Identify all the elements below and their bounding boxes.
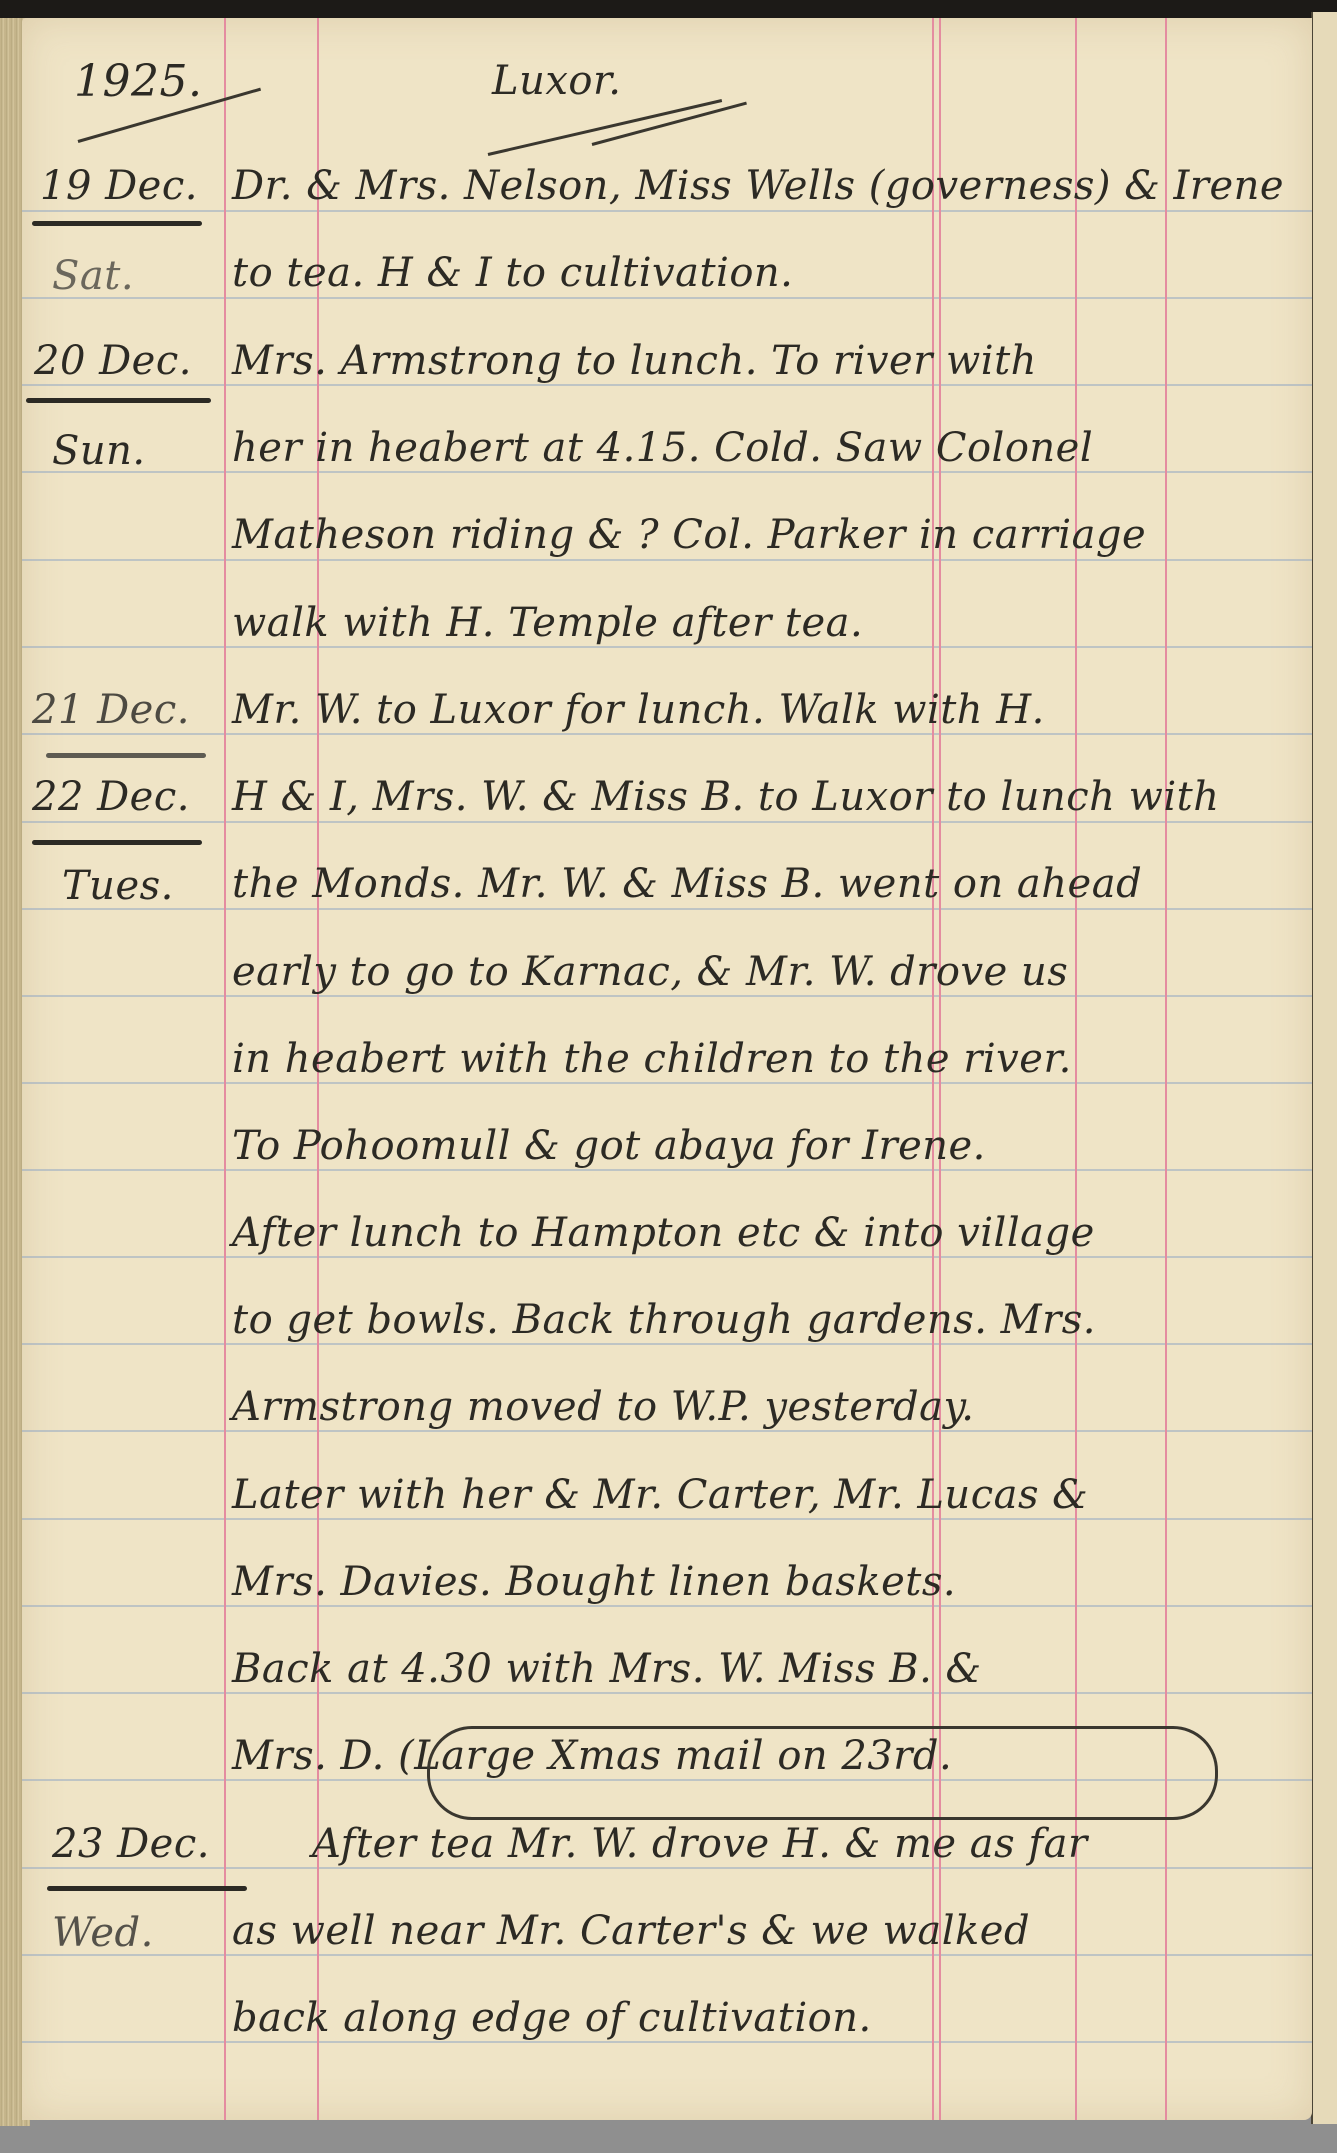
ruled-line	[22, 559, 1312, 561]
date-underline	[32, 221, 202, 226]
entry-line: Back at 4.30 with Mrs. W. Miss B. &	[232, 1646, 982, 1692]
adjacent-page-edge	[1311, 12, 1337, 2124]
ruled-line	[22, 210, 1312, 212]
entry-weekday: Sat.	[52, 253, 134, 299]
entry-line: After lunch to Hampton etc & into villag…	[232, 1210, 1095, 1256]
entry-line: in heabert with the children to the rive…	[232, 1036, 1072, 1082]
entry-line: Later with her & Mr. Carter, Mr. Lucas &	[232, 1472, 1088, 1518]
date-underline	[46, 753, 206, 758]
ruled-line	[22, 646, 1312, 648]
entry-line: To Pohoomull & got abaya for Irene.	[232, 1123, 986, 1169]
entry-line: Dr. & Mrs. Nelson, Miss Wells (governess…	[232, 163, 1284, 209]
ruled-line	[22, 995, 1312, 997]
ruled-line	[22, 297, 1312, 299]
entry-line: to get bowls. Back through gardens. Mrs.	[232, 1297, 1096, 1343]
ruled-line	[22, 384, 1312, 386]
entry-line: H & I, Mrs. W. & Miss B. to Luxor to lun…	[232, 774, 1220, 820]
entry-date: 22 Dec.	[32, 774, 190, 820]
place-underline	[488, 99, 723, 156]
ruled-line	[22, 1256, 1312, 1258]
entry-line: Mrs. Davies. Bought linen baskets.	[232, 1559, 956, 1605]
entry-weekday: Wed.	[52, 1910, 154, 1956]
margin-rule	[224, 18, 226, 2120]
ruled-line	[22, 2041, 1312, 2043]
ruled-line	[22, 1082, 1312, 1084]
year-heading: 1925.	[74, 56, 202, 107]
entry-line: her in heabert at 4.15. Cold. Saw Colone…	[232, 425, 1093, 471]
ruled-line	[22, 733, 1312, 735]
entry-line: walk with H. Temple after tea.	[232, 600, 863, 646]
ruled-line	[22, 1605, 1312, 1607]
ruled-line	[22, 821, 1312, 823]
entry-line: back along edge of cultivation.	[232, 1995, 872, 2041]
entry-weekday: Sun.	[52, 428, 146, 474]
date-underline	[26, 398, 211, 403]
entry-line: to tea. H & I to cultivation.	[232, 250, 793, 296]
entry-line: After tea Mr. W. drove H. & me as far	[312, 1821, 1088, 1867]
date-underline	[47, 1886, 247, 1891]
entry-weekday: Tues.	[62, 863, 174, 909]
entry-line: the Monds. Mr. W. & Miss B. went on ahea…	[232, 861, 1142, 907]
date-underline	[32, 840, 202, 845]
place-heading: Luxor.	[492, 58, 621, 104]
ruled-line	[22, 1954, 1312, 1956]
entry-date: 23 Dec.	[52, 1821, 210, 1867]
entry-line: as well near Mr. Carter's & we walked	[232, 1908, 1030, 1954]
ruled-line	[22, 1343, 1312, 1345]
entry-line: Mr. W. to Luxor for lunch. Walk with H.	[232, 687, 1045, 733]
ruled-line	[22, 1518, 1312, 1520]
entry-line: Matheson riding & ? Col. Parker in carri…	[232, 512, 1146, 558]
entry-date: 21 Dec.	[32, 687, 190, 733]
circled-note	[427, 1726, 1218, 1820]
diary-page: 1925. Luxor. 19 Dec. Sat. Dr. & Mrs. Nel…	[22, 18, 1312, 2120]
entry-line: Armstrong moved to W.P. yesterday.	[232, 1384, 975, 1430]
entry-line: Mrs. Armstrong to lunch. To river with	[232, 338, 1037, 384]
ruled-line	[22, 1867, 1312, 1869]
ruled-line	[22, 1692, 1312, 1694]
ruled-line	[22, 1169, 1312, 1171]
entry-date: 20 Dec.	[34, 338, 192, 384]
entry-date: 19 Dec.	[40, 163, 198, 209]
ruled-line	[22, 908, 1312, 910]
ruled-line	[22, 471, 1312, 473]
entry-line: early to go to Karnac, & Mr. W. drove us	[232, 949, 1068, 995]
ruled-line	[22, 1430, 1312, 1432]
